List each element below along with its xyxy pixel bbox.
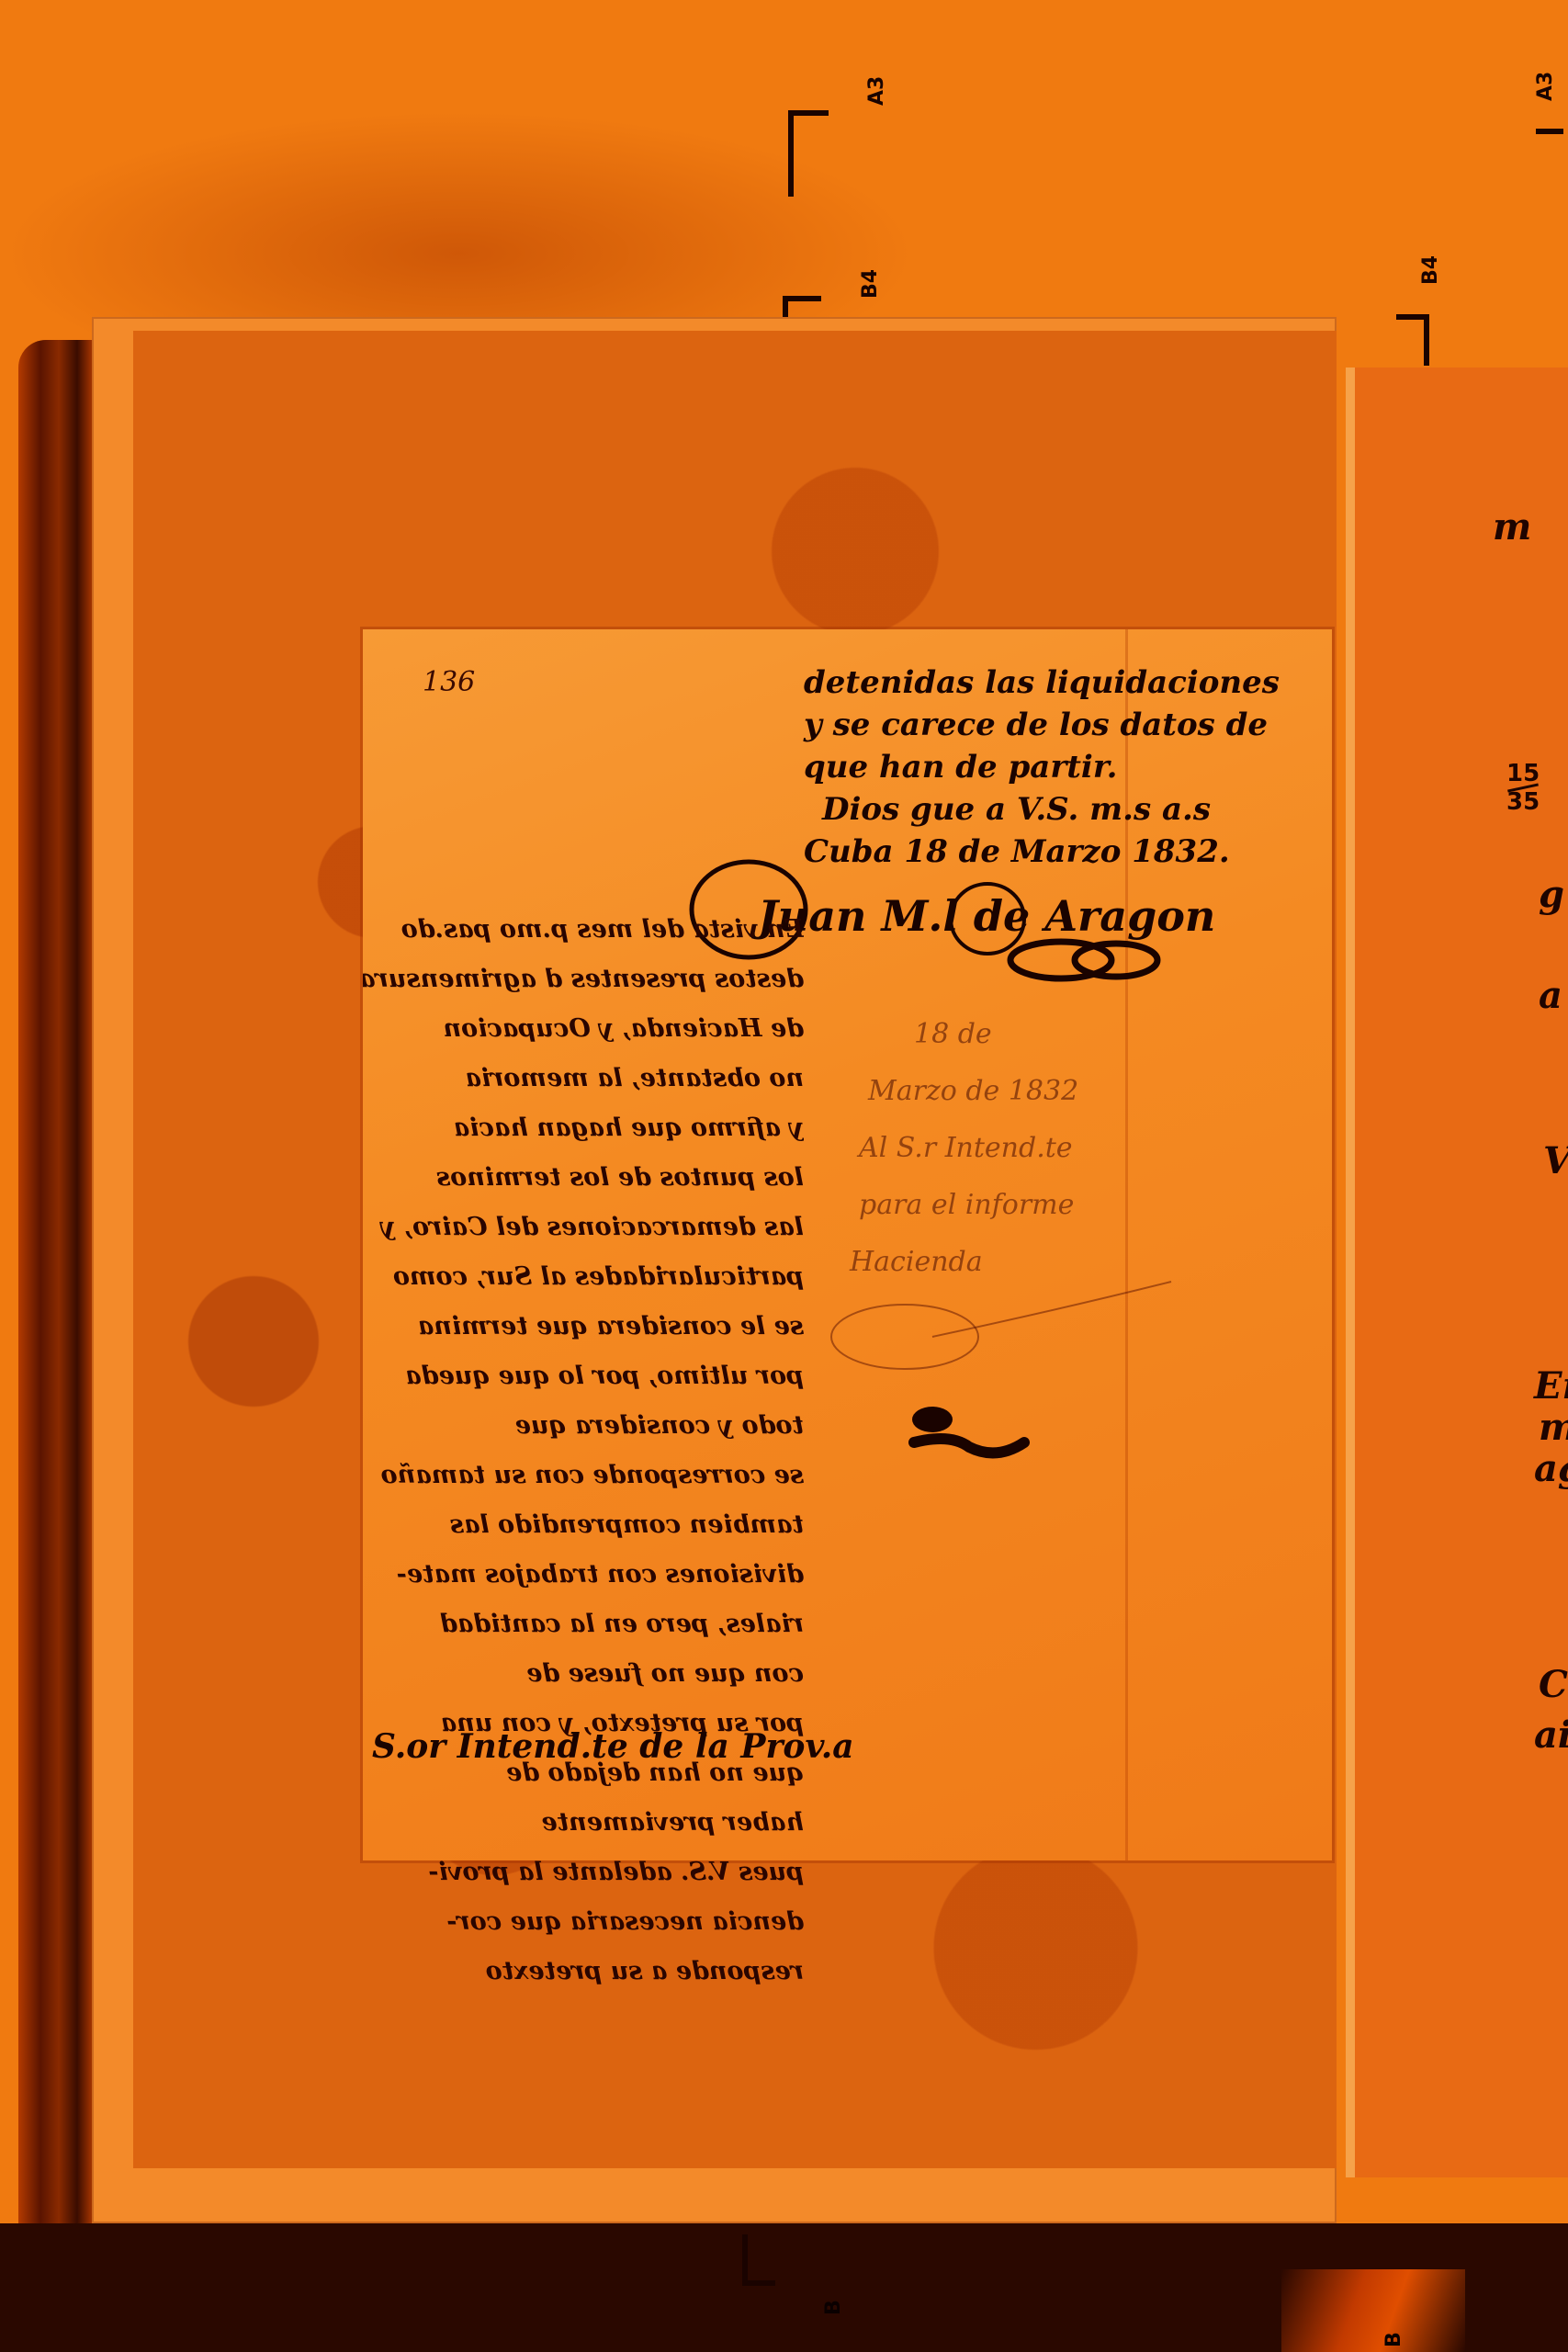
folio-fragment: g (1539, 873, 1564, 916)
signature-name: Juan M.l de Aragon (758, 891, 1215, 941)
text-line: que han de partir. (804, 746, 1263, 788)
folio-fragment: Vo (1543, 1139, 1568, 1182)
crop-mark-a3 (788, 110, 829, 197)
folio-fragment: En (1534, 1364, 1568, 1408)
crop-label-a3: A3 (865, 76, 888, 106)
crop-mark-b4-right (1396, 314, 1429, 366)
folio-fragment: m (1493, 505, 1531, 548)
page-number: 136 (423, 666, 475, 698)
manuscript-page: 136 detenidas las liquidaciones y se car… (363, 629, 1332, 1860)
folio-number: 15 35 (1506, 763, 1540, 813)
text-line: los puntos de los terminos (363, 1153, 804, 1203)
adjacent-folio: m g a Vo En m ag Co ai (1346, 367, 1568, 2177)
addressee-line: S.or Intend.te de la Prov.a (372, 1727, 854, 1766)
text-line: En vista del mes p.mo pas.do (363, 905, 804, 955)
letter-closing-text: detenidas las liquidaciones y se carece … (804, 661, 1263, 873)
rubric (896, 1396, 1033, 1474)
crop-label-b4: B4 (859, 269, 882, 299)
text-line: se corresponde con su tamaño (363, 1451, 804, 1500)
crop-label-bottom-right: B (1382, 2332, 1405, 2347)
folio-fragment: ag (1534, 1447, 1568, 1490)
rubric-icon (896, 1396, 1033, 1470)
crop-label-bottom: B (822, 2300, 845, 2315)
folio-fragment: a (1539, 974, 1562, 1017)
text-line: con que no fuese de (363, 1649, 804, 1699)
faint-flourish-icon (822, 1272, 1208, 1383)
text-line: responde a su pretexto (363, 1947, 804, 1996)
faint-line: Al S.r Intend.te (840, 1120, 1208, 1177)
text-line: tambien comprendido las (363, 1500, 804, 1550)
crop-label-b4-right: B4 (1419, 255, 1442, 285)
folio-fragment: ai (1534, 1713, 1568, 1757)
text-line: y afirmo que hagan hacia (363, 1103, 804, 1153)
text-line: se le considera que termina (363, 1302, 804, 1351)
mirrored-body-text: En vista del mes p.mo pas.do destos pres… (363, 905, 813, 1996)
crop-label-a3-right: A3 (1534, 72, 1557, 101)
bleed-through-text: 18 de Marzo de 1832 Al S.r Intend.te par… (840, 1006, 1208, 1291)
bottom-light-patch (1281, 2269, 1465, 2352)
faint-line: Marzo de 1832 (840, 1063, 1208, 1120)
text-line: pues V.S. adelante la provi- (363, 1848, 804, 1897)
folio-number-bottom: 35 (1506, 788, 1540, 816)
text-line: detenidas las liquidaciones (804, 661, 1263, 704)
crop-mark-a3-right (1536, 129, 1563, 145)
text-line: y se carece de los datos de (804, 704, 1263, 746)
text-line: divisiones con trabajos mate- (363, 1550, 804, 1600)
folio-fragment: Co (1539, 1663, 1568, 1706)
text-line: haber previamente (363, 1798, 804, 1848)
text-line: particularidades al Sur, como (363, 1252, 804, 1302)
faint-line: 18 de (840, 1006, 1208, 1063)
text-line: dencia necesaria que cor- (363, 1897, 804, 1947)
text-line: Dios gue a V.S. m.s a.s (804, 788, 1263, 831)
book-binding (18, 340, 92, 2233)
background-shadow (0, 110, 919, 349)
text-line: las demarcaciones del Cairo, y (363, 1203, 804, 1252)
faint-line: para el informe (840, 1177, 1208, 1234)
text-line: por ultimo, por lo que queda (363, 1351, 804, 1401)
text-line: de Hacienda, y Ocupacion (363, 1004, 804, 1054)
folio-fragment: m (1539, 1406, 1568, 1449)
text-line: destos presentes d agrimensura (363, 955, 804, 1004)
text-line: todo y considera que (363, 1401, 804, 1451)
text-line: no obstante, la memoria (363, 1054, 804, 1103)
crop-mark-bottom (742, 2234, 775, 2286)
text-line: riales, pero en la cantidad (363, 1600, 804, 1649)
